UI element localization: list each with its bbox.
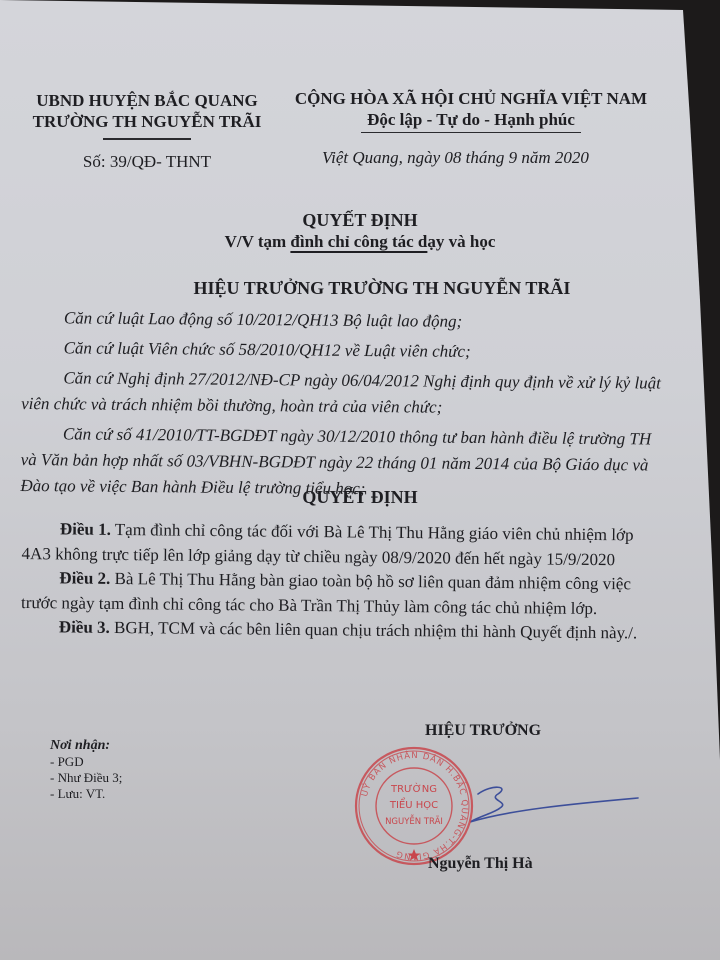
issuer-heading: HIỆU TRƯỞNG TRƯỜNG TH NGUYỄN TRÃI <box>32 278 720 299</box>
article-label: Điều 2. <box>59 568 110 588</box>
document-page: UBND HUYỆN BẮC QUANG TRƯỜNG TH NGUYỄN TR… <box>0 0 720 960</box>
authority-line-1: UBND HUYỆN BẮC QUANG <box>22 90 272 111</box>
recipient-item: - Như Điều 3; <box>50 770 122 786</box>
document-subject: V/V tạm đình chỉ công tác dạy và học <box>0 232 720 252</box>
legal-basis: Căn cứ luật Lao động số 10/2012/QH13 Bộ … <box>22 305 672 337</box>
handwritten-signature <box>470 780 640 830</box>
article-label: Điều 3. <box>59 617 110 637</box>
document-title: QUYẾT ĐỊNH <box>0 210 720 231</box>
legal-bases: Căn cứ luật Lao động số 10/2012/QH13 Bộ … <box>20 305 672 509</box>
legal-basis: Căn cứ Nghị định 27/2012/NĐ-CP ngày 06/0… <box>21 365 671 423</box>
official-seal: UỶ BAN NHÂN DÂN H.BẮC QUANG-T.HÀ GIANG T… <box>353 745 475 867</box>
recipient-item: - Lưu: VT. <box>50 786 122 802</box>
articles: Điều 1. Tạm đình chỉ công tác đối với Bà… <box>21 517 662 646</box>
decision-heading: QUYẾT ĐỊNH <box>0 487 720 508</box>
national-title: CỘNG HÒA XÃ HỘI CHỦ NGHĨA VIỆT NAM <box>282 88 660 109</box>
article-label: Điều 1. <box>60 519 111 539</box>
legal-basis: Căn cứ luật Viên chức số 58/2010/QH12 về… <box>22 335 672 367</box>
recipients-block: Nơi nhận: - PGD - Như Điều 3; - Lưu: VT. <box>50 738 122 802</box>
svg-text:TRƯỜNG: TRƯỜNG <box>390 782 437 795</box>
document-number: Số: 39/QĐ- THNT <box>22 152 272 172</box>
article: Điều 1. Tạm đình chỉ công tác đối với Bà… <box>21 517 661 573</box>
article: Điều 2. Bà Lê Thị Thu Hằng bàn giao toàn… <box>21 566 661 622</box>
place-date: Việt Quang, ngày 08 tháng 9 năm 2020 <box>322 148 589 168</box>
svg-text:NGUYỄN TRÃI: NGUYỄN TRÃI <box>385 814 443 827</box>
signatory-name: Nguyễn Thị Hà <box>428 855 533 873</box>
authority-line-2: TRƯỜNG TH NGUYỄN TRÃI <box>22 111 272 132</box>
recipient-item: - PGD <box>50 754 122 770</box>
svg-text:TIỂU HỌC: TIỂU HỌC <box>389 797 438 811</box>
issuing-authority: UBND HUYỆN BẮC QUANG TRƯỜNG TH NGUYỄN TR… <box>22 90 272 140</box>
national-header: CỘNG HÒA XÃ HỘI CHỦ NGHĨA VIỆT NAM Độc l… <box>282 88 660 133</box>
header-divider <box>103 138 191 140</box>
national-motto: Độc lập - Tự do - Hạnh phúc <box>361 109 581 133</box>
signatory-title: HIỆU TRƯỞNG <box>425 722 541 740</box>
recipients-label: Nơi nhận: <box>50 738 122 754</box>
